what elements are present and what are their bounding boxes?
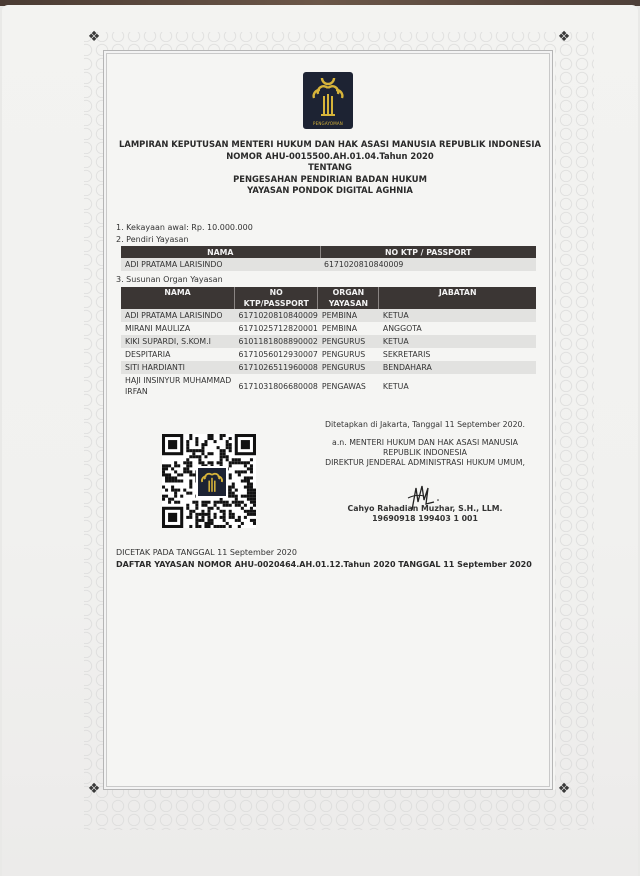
founders-table: NAMA NO KTP / PASSPORT ADI PRATAMA LARIS… xyxy=(121,246,536,271)
organs-title: 3. Susunan Organ Yayasan xyxy=(116,275,223,284)
on-behalf-line: a.n. MENTERI HUKUM DAN HAK ASASI MANUSIA xyxy=(305,438,545,448)
organs-table: NAMA NOKTP/PASSPORT ORGANYAYASAN JABATAN… xyxy=(121,287,536,399)
cell-organ: PENGURUS xyxy=(318,348,379,361)
decree-number: NOMOR AHU-0015500.AH.01.04.Tahun 2020 xyxy=(110,151,550,163)
cell-jabatan: KETUA xyxy=(379,374,536,399)
corner-ornament-icon: ❖ xyxy=(556,30,572,44)
column-header-organ: ORGANYAYASAN xyxy=(318,287,379,309)
cell-ktp: 6171020810840009 xyxy=(235,309,318,322)
table-row: ADI PRATAMA LARISINDO 6171020810840009 xyxy=(121,258,536,271)
signer-nip: 19690918 199403 1 001 xyxy=(305,514,545,524)
column-header-jabatan: JABATAN xyxy=(379,287,536,309)
cell-nama: ADI PRATAMA LARISINDO xyxy=(121,258,320,271)
table-row: HAJI INSINYUR MUHAMMADIRFAN 617103180668… xyxy=(121,374,536,399)
registry-number: DAFTAR YAYASAN NOMOR AHU-0020464.AH.01.1… xyxy=(116,560,532,569)
cell-organ: PENGURUS xyxy=(318,361,379,374)
founders-title: 2. Pendiri Yayasan xyxy=(116,235,189,244)
cell-jabatan: SEKRETARIS xyxy=(379,348,536,361)
header-subject: PENGESAHAN PENDIRIAN BADAN HUKUM xyxy=(110,174,550,186)
cell-nama: MIRANI MAULIZA xyxy=(121,322,235,335)
header-about: TENTANG xyxy=(110,162,550,174)
cell-nama: DESPITARIA xyxy=(121,348,235,361)
corner-ornament-icon: ❖ xyxy=(86,30,102,44)
pengayoman-emblem-icon xyxy=(310,78,346,118)
corner-ornament-icon: ❖ xyxy=(86,782,102,796)
cell-ktp: 6171020810840009 xyxy=(320,258,536,271)
cell-ktp: 6171056012930007 xyxy=(235,348,318,361)
logo-label: PENGAYOMAN xyxy=(313,121,343,126)
table-row: SITI HARDIANTI 6171026511960008 PENGURUS… xyxy=(121,361,536,374)
column-header-nama: NAMA xyxy=(121,246,320,258)
cell-ktp: 6171031806680008 xyxy=(235,374,318,399)
cell-jabatan: KETUA xyxy=(379,335,536,348)
printed-date: DICETAK PADA TANGGAL 11 September 2020 xyxy=(116,548,297,557)
pengayoman-logo: PENGAYOMAN xyxy=(303,72,353,129)
cell-ktp: 6101181808890002 xyxy=(235,335,318,348)
cell-nama: KIKI SUPARDI, S.KOM.I xyxy=(121,335,235,348)
signer-position: DIREKTUR JENDERAL ADMINISTRASI HUKUM UMU… xyxy=(305,458,545,468)
on-behalf-line: REPUBLIK INDONESIA xyxy=(305,448,545,458)
qr-code xyxy=(162,434,256,528)
qr-center-logo xyxy=(196,466,228,498)
column-header-ktp: NOKTP/PASSPORT xyxy=(235,287,318,309)
cell-organ: PEMBINA xyxy=(318,309,379,322)
foundation-name: YAYASAN PONDOK DIGITAL AGHNIA xyxy=(110,185,550,197)
cell-nama: ADI PRATAMA LARISINDO xyxy=(121,309,235,322)
cell-ktp: 6171026511960008 xyxy=(235,361,318,374)
cell-organ: PENGAWAS xyxy=(318,374,379,399)
column-header-nama: NAMA xyxy=(121,287,235,309)
cell-nama: HAJI INSINYUR MUHAMMADIRFAN xyxy=(121,374,235,399)
cell-jabatan: BENDAHARA xyxy=(379,361,536,374)
signature-icon xyxy=(402,482,442,512)
cell-organ: PEMBINA xyxy=(318,322,379,335)
table-header: NAMA NOKTP/PASSPORT ORGANYAYASAN JABATAN xyxy=(121,287,536,309)
cell-jabatan: KETUA xyxy=(379,309,536,322)
place-date: Ditetapkan di Jakarta, Tanggal 11 Septem… xyxy=(305,420,545,430)
cell-ktp: 6171025712820001 xyxy=(235,322,318,335)
cell-organ: PENGURUS xyxy=(318,335,379,348)
pengayoman-emblem-icon xyxy=(198,468,226,496)
cell-jabatan: ANGGOTA xyxy=(379,322,536,335)
column-header-ktp: NO KTP / PASSPORT xyxy=(320,246,536,258)
corner-ornament-icon: ❖ xyxy=(556,782,572,796)
table-row: MIRANI MAULIZA 6171025712820001 PEMBINA … xyxy=(121,322,536,335)
table-row: ADI PRATAMA LARISINDO 6171020810840009 P… xyxy=(121,309,536,322)
table-header: NAMA NO KTP / PASSPORT xyxy=(121,246,536,258)
header-title: LAMPIRAN KEPUTUSAN MENTERI HUKUM DAN HAK… xyxy=(110,139,550,151)
initial-assets: 1. Kekayaan awal: Rp. 10.000.000 xyxy=(116,223,253,232)
document-header: LAMPIRAN KEPUTUSAN MENTERI HUKUM DAN HAK… xyxy=(110,139,550,197)
table-row: DESPITARIA 6171056012930007 PENGURUS SEK… xyxy=(121,348,536,361)
cell-nama: SITI HARDIANTI xyxy=(121,361,235,374)
table-row: KIKI SUPARDI, S.KOM.I 6101181808890002 P… xyxy=(121,335,536,348)
